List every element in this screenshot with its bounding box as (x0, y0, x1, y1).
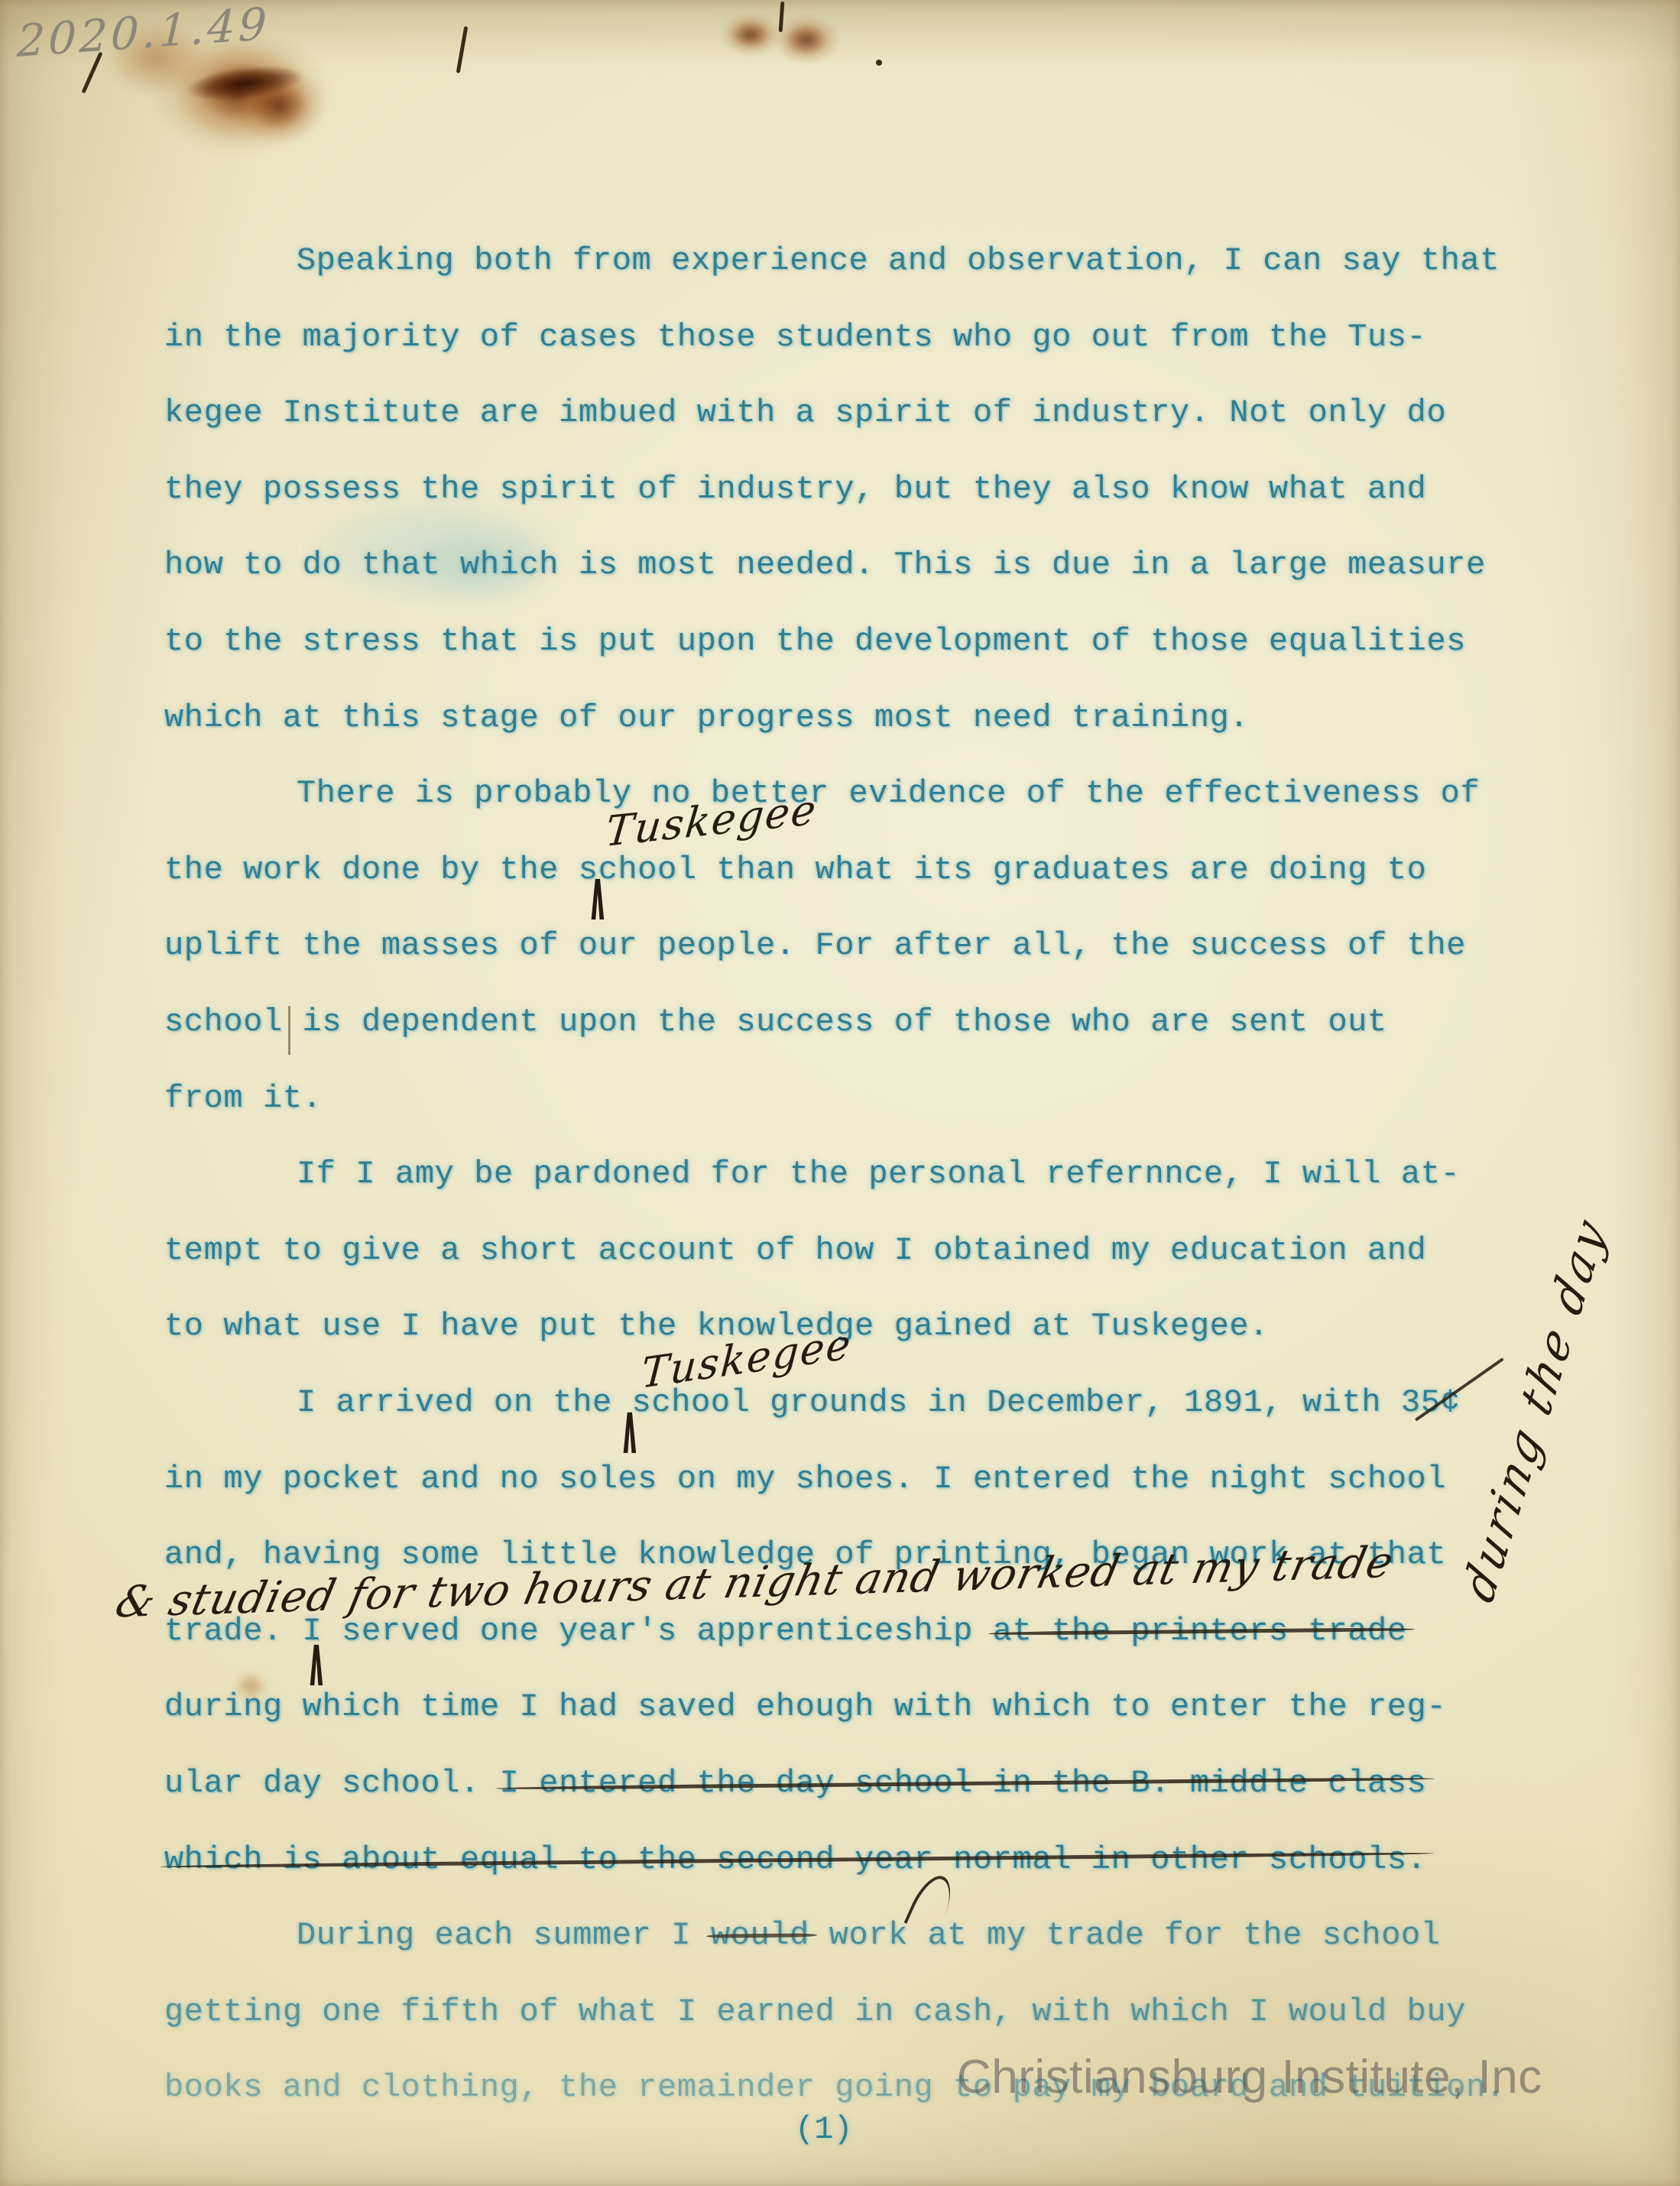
page-number: (1) (795, 2111, 853, 2148)
typed-line: There is probably no better evidence of … (297, 776, 1480, 811)
typed-line: which at this stage of our progress most… (164, 700, 1249, 735)
pen-tick (456, 26, 469, 73)
typed-text: I arrived on the school grounds in Decem… (297, 1384, 1460, 1421)
typed-line: to the stress that is put upon the devel… (164, 624, 1466, 659)
handwritten-margin-note: during the day (1454, 1206, 1617, 1612)
typed-text: During each summer I (297, 1917, 711, 1954)
struck-text: I entered the day school in the B. middl… (500, 1765, 1427, 1802)
typed-line: kegee Institute are imbued with a spirit… (164, 395, 1446, 430)
typed-line: getting one fifth of what I earned in ca… (164, 1994, 1466, 2029)
typed-text: kegee Institute are imbued with a spirit… (164, 394, 1446, 431)
typed-text: tempt to give a short account of how I o… (164, 1232, 1426, 1269)
typed-line: they possess the spirit of industry, but… (164, 472, 1426, 507)
typed-line: Speaking both from experience and observ… (297, 243, 1500, 278)
typed-line: ular day school. I entered the day schoo… (164, 1766, 1426, 1801)
struck-text: at the printers trade (993, 1613, 1407, 1649)
typed-line: During each summer I would work at my tr… (297, 1918, 1441, 1953)
typed-text: school is dependent upon the success of … (164, 1004, 1387, 1040)
typed-text: getting one fifth of what I earned in ca… (164, 1993, 1466, 2030)
ink-dot (876, 60, 882, 66)
rust-stain (720, 14, 781, 56)
rust-stain (774, 15, 839, 64)
document-page: 2020.1.49 Speaking both from experience … (0, 0, 1680, 2186)
typed-line: tempt to give a short account of how I o… (164, 1233, 1426, 1268)
typed-text: uplift the masses of our people. For aft… (164, 927, 1466, 964)
typed-line: during which time I had saved ehough wit… (164, 1689, 1446, 1724)
typed-text: how to do that which is most needed. Thi… (164, 546, 1486, 583)
typed-text: Speaking both from experience and observ… (297, 242, 1500, 279)
struck-text: which is about equal to the second year … (164, 1841, 1426, 1878)
typed-text: in the majority of cases those students … (164, 319, 1426, 355)
typed-text: If I amy be pardoned for the personal re… (297, 1156, 1460, 1192)
typed-text: There is probably no better evidence of … (297, 775, 1480, 812)
typed-line: school is dependent upon the success of … (164, 1004, 1387, 1039)
typed-text: to the stress that is put upon the devel… (164, 623, 1466, 660)
insertion-caret-2: ∧ (620, 1388, 640, 1470)
insertion-caret-3: ∧ (306, 1620, 326, 1702)
typed-line: in my pocket and no soles on my shoes. I… (164, 1461, 1446, 1497)
typed-line: If I amy be pardoned for the personal re… (297, 1156, 1460, 1192)
typed-line: from it. (164, 1081, 322, 1116)
typed-line: the work done by the school than what it… (164, 852, 1426, 887)
insertion-caret-1: ∧ (588, 855, 608, 936)
typed-line: I arrived on the school grounds in Decem… (297, 1385, 1460, 1420)
typed-line: how to do that which is most needed. Thi… (164, 547, 1486, 582)
typed-text: the work done by the school than what it… (164, 851, 1426, 888)
typed-line: which is about equal to the second year … (164, 1842, 1426, 1877)
watermark: Christiansburg Institute, Inc (957, 2050, 1542, 2104)
typed-line: uplift the masses of our people. For aft… (164, 928, 1466, 963)
struck-text: would (711, 1917, 809, 1954)
typed-text: which at this stage of our progress most… (164, 699, 1249, 736)
typed-text: from it. (164, 1080, 322, 1117)
typed-text: ular day school. (164, 1765, 500, 1802)
typed-text: they possess the spirit of industry, but… (164, 471, 1426, 508)
typed-text: during which time I had saved ehough wit… (164, 1688, 1446, 1725)
typed-text: in my pocket and no soles on my shoes. I… (164, 1461, 1446, 1497)
typed-line: in the majority of cases those students … (164, 319, 1426, 355)
